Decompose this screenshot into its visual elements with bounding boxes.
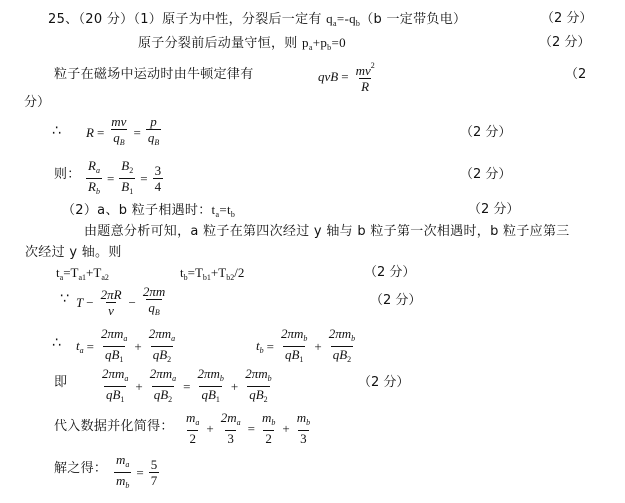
score-line3-part2: 分）	[24, 96, 50, 109]
because-icon: ∵	[60, 292, 69, 306]
substitute-formula: ma2 + 2ma3 = mb2 + mb3	[182, 410, 314, 446]
therefore-icon: ∴	[52, 124, 61, 138]
score-line1: （2 分）	[541, 12, 592, 25]
line1-note: （b 一定带负电）	[360, 12, 466, 27]
part2-text: a、b 粒子相遇时：	[97, 203, 211, 218]
time-a-formula: ta=Ta1+Ta2	[56, 266, 109, 282]
substitute-label: 代入数据并化简得：	[54, 420, 174, 433]
time-b-formula: tb=Tb1+Tb2/2	[180, 266, 244, 282]
solve-label: 解之得：	[54, 462, 107, 475]
problem-header: 25、（20 分）（1）原子为中性，分裂后一定有 qa=-qb（b 一定带负电）	[48, 12, 466, 28]
total-points: （20 分）	[78, 12, 133, 27]
charge-equation: qa=-qb	[326, 11, 360, 26]
radius-formula: R = mvqB = pqB	[86, 114, 163, 150]
score-line3-part1: （2	[565, 68, 586, 81]
score-line5: （2 分）	[460, 168, 511, 181]
problem-number: 25、	[48, 12, 78, 27]
score-combined: （2 分）	[358, 376, 409, 389]
ratio-formula: RaRb = B2B1 = 34	[84, 158, 165, 199]
line2-text: 原子分裂前后动量守恒，则	[138, 36, 302, 51]
analysis-line2: 次经过 y 轴。则	[25, 246, 122, 259]
therefore-icon-2: ∴	[52, 336, 61, 350]
momentum-equation: pa+pb=0	[302, 35, 346, 50]
part1-label: （1）	[133, 12, 162, 27]
score-time: （2 分）	[364, 266, 415, 279]
newton-law-formula: qvB = mv2R	[318, 58, 379, 94]
part2-label: （2）	[62, 203, 97, 218]
part2-line: （2）a、b 粒子相遇时：ta=tb	[62, 203, 235, 219]
then-label: 则：	[54, 168, 81, 181]
period-formula: T − 2πRv − 2πmqB	[76, 284, 169, 320]
ta-formula: ta = 2πmaqB1 + 2πmaqB2	[76, 326, 179, 367]
momentum-line: 原子分裂前后动量守恒，则 pa+pb=0	[138, 36, 346, 52]
score-line4: （2 分）	[460, 126, 511, 139]
ji-label: 即	[54, 376, 67, 389]
line1-text: 原子为中性，分裂后一定有	[162, 12, 326, 27]
score-line2: （2 分）	[539, 36, 590, 49]
combined-formula: 2πmaqB1 + 2πmaqB2 = 2πmbqB1 + 2πmbqB2	[98, 366, 276, 407]
analysis-line1: 由题意分析可知，a 粒子在第四次经过 y 轴与 b 粒子第一次相遇时，b 粒子应…	[84, 225, 570, 238]
newton-law-text: 粒子在磁场中运动时由牛顿定律有	[54, 68, 254, 81]
tb-formula: tb = 2πmbqB1 + 2πmbqB2	[256, 326, 359, 367]
solve-formula: mamb = 57	[112, 452, 161, 493]
score-period: （2 分）	[370, 294, 421, 307]
meet-time-equation: ta=tb	[212, 202, 236, 217]
score-part2: （2 分）	[468, 203, 519, 216]
